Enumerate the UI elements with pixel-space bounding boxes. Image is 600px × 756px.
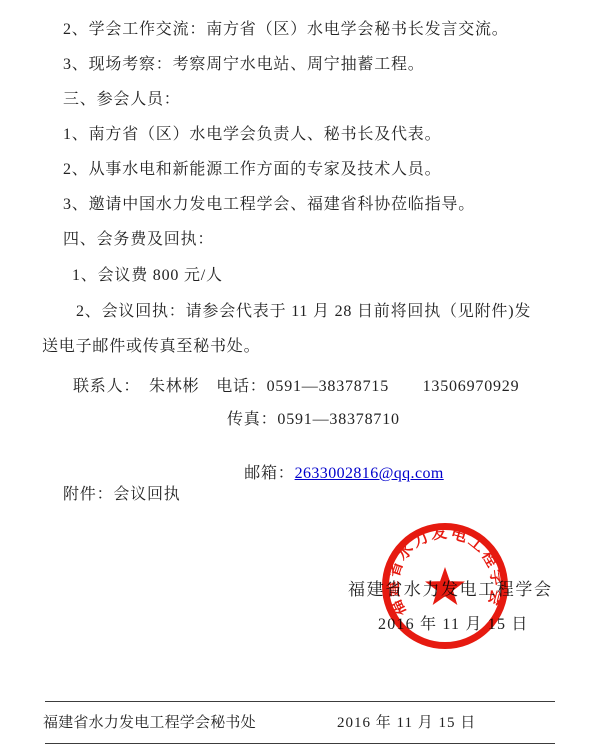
body-line: 2、学会工作交流：南方省（区）水电学会秘书长发言交流。: [63, 21, 509, 39]
email-line: 邮箱：2633002816@qq.com: [225, 447, 444, 501]
body-line: 送电子邮件或传真至秘书处。: [42, 338, 260, 356]
body-line: 附件：会议回执: [63, 486, 181, 504]
body-line: 四、会务费及回执：: [63, 231, 214, 249]
body-line: 三、参会人员：: [63, 91, 181, 109]
star-icon: [425, 567, 465, 605]
official-seal-stamp: 福建省水力发电工程学会: [379, 520, 511, 652]
body-line: 3、现场考察：考察周宁水电站、周宁抽蓄工程。: [63, 56, 425, 74]
body-line: 1、会议费 800 元/人: [72, 267, 223, 285]
footer-bottom-rule: [45, 743, 555, 744]
footer-date: 2016 年 11 月 15 日: [337, 711, 476, 732]
body-line: 3、邀请中国水力发电工程学会、福建省科协莅临指导。: [63, 196, 475, 214]
email-label: 邮箱：: [244, 465, 294, 482]
body-line: 2、从事水电和新能源工作方面的专家及技术人员。: [63, 161, 441, 179]
body-line: 2、会议回执：请参会代表于 11 月 28 日前将回执（见附件)发: [76, 303, 531, 321]
footer-top-rule: [45, 701, 555, 702]
footer-org-name: 福建省水力发电工程学会秘书处: [43, 711, 256, 732]
body-line: 1、南方省（区）水电学会负责人、秘书长及代表。: [63, 126, 441, 144]
email-link[interactable]: 2633002816@qq.com: [295, 465, 444, 482]
body-line: 传真：0591—38378710: [227, 411, 400, 429]
body-line: 联系人： 朱林彬 电话：0591—38378715 13506970929: [73, 378, 519, 396]
